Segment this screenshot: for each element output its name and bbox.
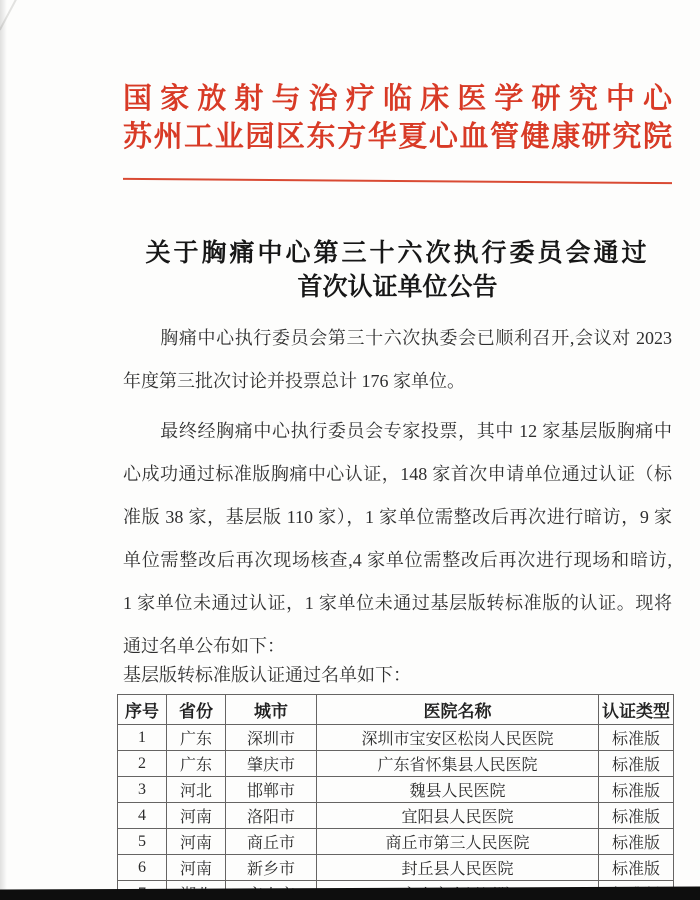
column-header: 城市 [226,695,317,725]
table-cell: 标准版 [599,751,674,777]
text-line: 年度第三批次讨论并投票总计 176 家单位。 [123,360,672,403]
column-header: 序号 [118,695,167,725]
table-cell: 商丘市第三人民医院 [317,829,599,855]
table-cell: 河南 [167,829,226,855]
table-cell: 广东省怀集县人民医院 [317,751,599,777]
table-cell: 2 [118,751,167,777]
text-line: 准版 38 家，基层版 110 家），1 家单位需整改后再次进行暗访，9 家 [123,496,672,539]
table-cell: 商丘市 [226,829,317,855]
table-cell: 5 [118,829,167,855]
letterhead-divider-rule [123,178,672,184]
table-cell: 4 [118,803,167,829]
scanned-document-page: 国家放射与治疗临床医学研究中心 苏州工业园区东方华夏心血管健康研究院 关于胸痛中… [0,0,700,900]
org-name-line1: 国家放射与治疗临床医学研究中心 [123,80,672,118]
table-header-row: 序号省份城市医院名称认证类型 [118,695,674,725]
title-line1: 关于胸痛中心第三十六次执行委员会通过 [123,237,672,271]
table-cell: 标准版 [599,725,674,751]
column-header: 医院名称 [317,695,599,725]
table-cell: 深圳市 [226,725,317,751]
column-header: 省份 [167,695,226,725]
table-cell: 新乡市 [226,855,317,881]
text-line: 胸痛中心执行委员会第三十六次执委会已顺利召开,会议对 2023 [123,317,672,360]
table-cell: 邯郸市 [226,777,317,803]
document-title: 关于胸痛中心第三十六次执行委员会通过 首次认证单位公告 [123,237,672,305]
column-header: 认证类型 [599,695,674,725]
table-cell: 广东 [167,725,226,751]
table-cell: 河北 [167,777,226,803]
table-row: 1广东深圳市深圳市宝安区松岗人民医院标准版 [118,725,674,751]
table-cell: 河南 [167,803,226,829]
scan-corner-artifact [0,0,25,30]
text-line: 1 家单位未通过认证，1 家单位未通过基层版转标准版的认证。现将 [123,582,672,625]
table-cell: 封丘县人民医院 [317,855,599,881]
letterhead: 国家放射与治疗临床医学研究中心 苏州工业园区东方华夏心血管健康研究院 [123,80,672,156]
scan-bottom-black-bar [0,886,700,900]
table-body: 1广东深圳市深圳市宝安区松岗人民医院标准版2广东肇庆市广东省怀集县人民医院标准版… [118,725,674,900]
table-cell: 6 [118,855,167,881]
org-name-line2: 苏州工业园区东方华夏心血管健康研究院 [123,118,672,156]
list-intro-line: 基层版转标准版认证通过名单如下： [123,663,672,687]
table-cell: 标准版 [599,803,674,829]
table-row: 3河北邯郸市魏县人民医院标准版 [118,777,674,803]
table-row: 5河南商丘市商丘市第三人民医院标准版 [118,829,674,855]
table-cell: 深圳市宝安区松岗人民医院 [317,725,599,751]
table-cell: 肇庆市 [226,751,317,777]
table-row: 4河南洛阳市宜阳县人民医院标准版 [118,803,674,829]
text-line: 心成功通过标准版胸痛中心认证，148 家首次申请单位通过认证（标 [123,453,672,496]
text-line: 通过名单公布如下： [123,625,672,668]
table-row: 6河南新乡市封丘县人民医院标准版 [118,855,674,881]
table-cell: 1 [118,725,167,751]
table-head: 序号省份城市医院名称认证类型 [118,695,674,725]
table-cell: 标准版 [599,777,674,803]
document-content: 国家放射与治疗临床医学研究中心 苏州工业园区东方华夏心血管健康研究院 关于胸痛中… [123,0,672,900]
title-line2: 首次认证单位公告 [123,271,672,305]
table-row: 2广东肇庆市广东省怀集县人民医院标准版 [118,751,674,777]
table-cell: 河南 [167,855,226,881]
text-line: 最终经胸痛中心执行委员会专家投票，其中 12 家基层版胸痛中 [123,410,672,453]
table-cell: 广东 [167,751,226,777]
paragraph-2: 最终经胸痛中心执行委员会专家投票，其中 12 家基层版胸痛中心成功通过标准版胸痛… [123,410,672,668]
table-cell: 3 [118,777,167,803]
table-cell: 洛阳市 [226,803,317,829]
certification-table: 序号省份城市医院名称认证类型 1广东深圳市深圳市宝安区松岗人民医院标准版2广东肇… [117,694,674,900]
table-cell: 宜阳县人民医院 [317,803,599,829]
table-cell: 标准版 [599,855,674,881]
text-line: 单位需整改后再次现场核查,4 家单位需整改后再次进行现场和暗访, [123,539,672,582]
scan-left-edge-shadow [0,0,7,900]
table-cell: 魏县人民医院 [317,777,599,803]
paragraph-1: 胸痛中心执行委员会第三十六次执委会已顺利召开,会议对 2023年度第三批次讨论并… [123,317,672,403]
table-cell: 标准版 [599,829,674,855]
